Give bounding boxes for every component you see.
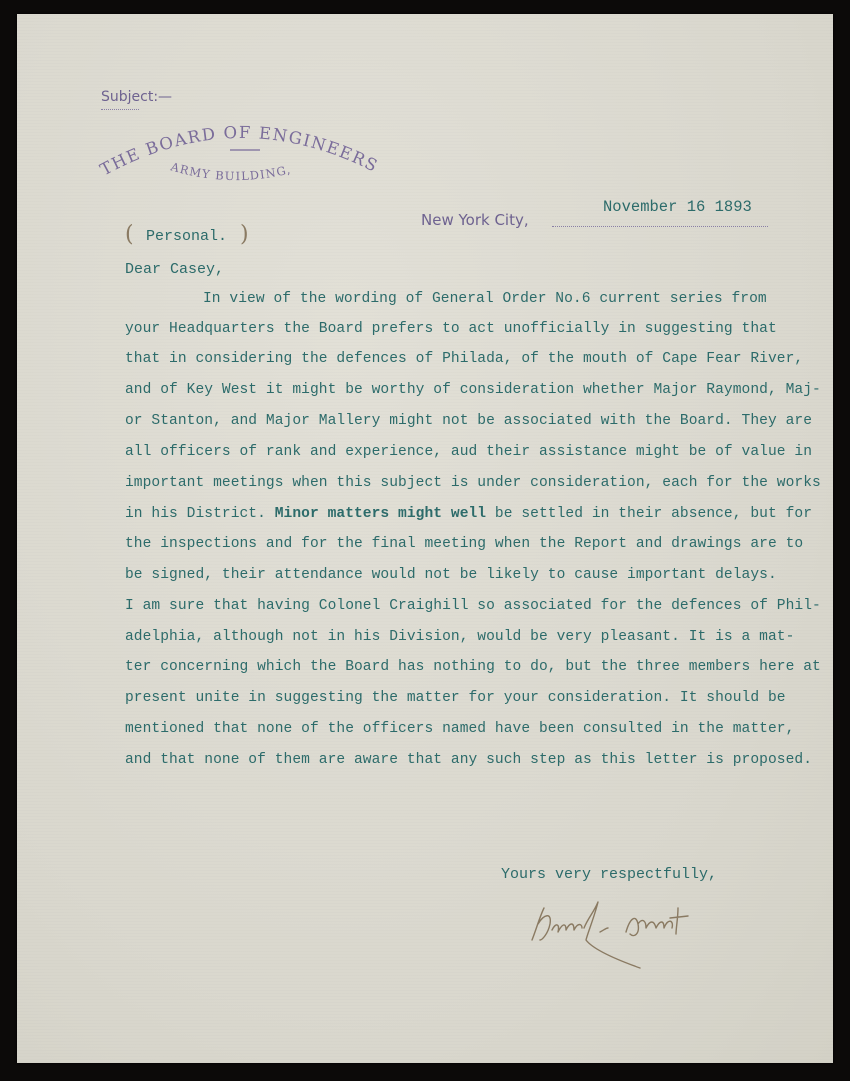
body-line: and that none of them are aware that any… bbox=[125, 752, 812, 768]
body-line: your Headquarters the Board prefers to a… bbox=[125, 321, 777, 337]
date-dotted-line bbox=[552, 226, 768, 227]
body-line: be signed, their attendance would not be… bbox=[125, 567, 777, 583]
letterhead-city: New York City, bbox=[421, 211, 529, 229]
subject-label: Subject:— bbox=[101, 89, 172, 105]
body-line: and of Key West it might be worthy of co… bbox=[125, 382, 821, 398]
signature bbox=[522, 894, 762, 974]
body-line-bold: Minor matters might well bbox=[275, 506, 486, 522]
body-line-post: be settled in their absence, but for bbox=[486, 506, 812, 522]
personal-label: Personal. bbox=[146, 228, 227, 245]
pencil-open-paren: ( bbox=[125, 222, 134, 247]
body-line: I am sure that having Colonel Craighill … bbox=[125, 598, 821, 614]
body-line: ter concerning which the Board has nothi… bbox=[125, 659, 821, 675]
body-line: present unite in suggesting the matter f… bbox=[125, 690, 786, 706]
body-line: mentioned that none of the officers name… bbox=[125, 721, 794, 737]
body-line: that in considering the defences of Phil… bbox=[125, 351, 803, 367]
body-line: adelphia, although not in his Division, … bbox=[125, 629, 794, 645]
body-line: in his District. Minor matters might wel… bbox=[125, 506, 812, 522]
greeting: Dear Casey, bbox=[125, 261, 224, 278]
letter-page: Subject:— THE BOARD OF ENGINEERS, ARMY B… bbox=[17, 14, 833, 1063]
body-line-pre: in his District. bbox=[125, 506, 275, 522]
letter-date: November 16 1893 bbox=[603, 198, 752, 216]
letterhead-stamp: THE BOARD OF ENGINEERS, ARMY BUILDING, bbox=[92, 114, 392, 204]
subject-dotted-line bbox=[101, 109, 139, 110]
body-line: important meetings when this subject is … bbox=[125, 475, 821, 491]
body-line: the inspections and for the final meetin… bbox=[125, 536, 803, 552]
closing: Yours very respectfully, bbox=[501, 866, 717, 883]
letterhead-building: ARMY BUILDING, bbox=[168, 159, 292, 183]
pencil-close-paren: ) bbox=[240, 222, 249, 247]
body-line: or Stanton, and Major Mallery might not … bbox=[125, 413, 812, 429]
body-line: all officers of rank and experience, aud… bbox=[125, 444, 812, 460]
body-line: In view of the wording of General Order … bbox=[203, 291, 767, 307]
